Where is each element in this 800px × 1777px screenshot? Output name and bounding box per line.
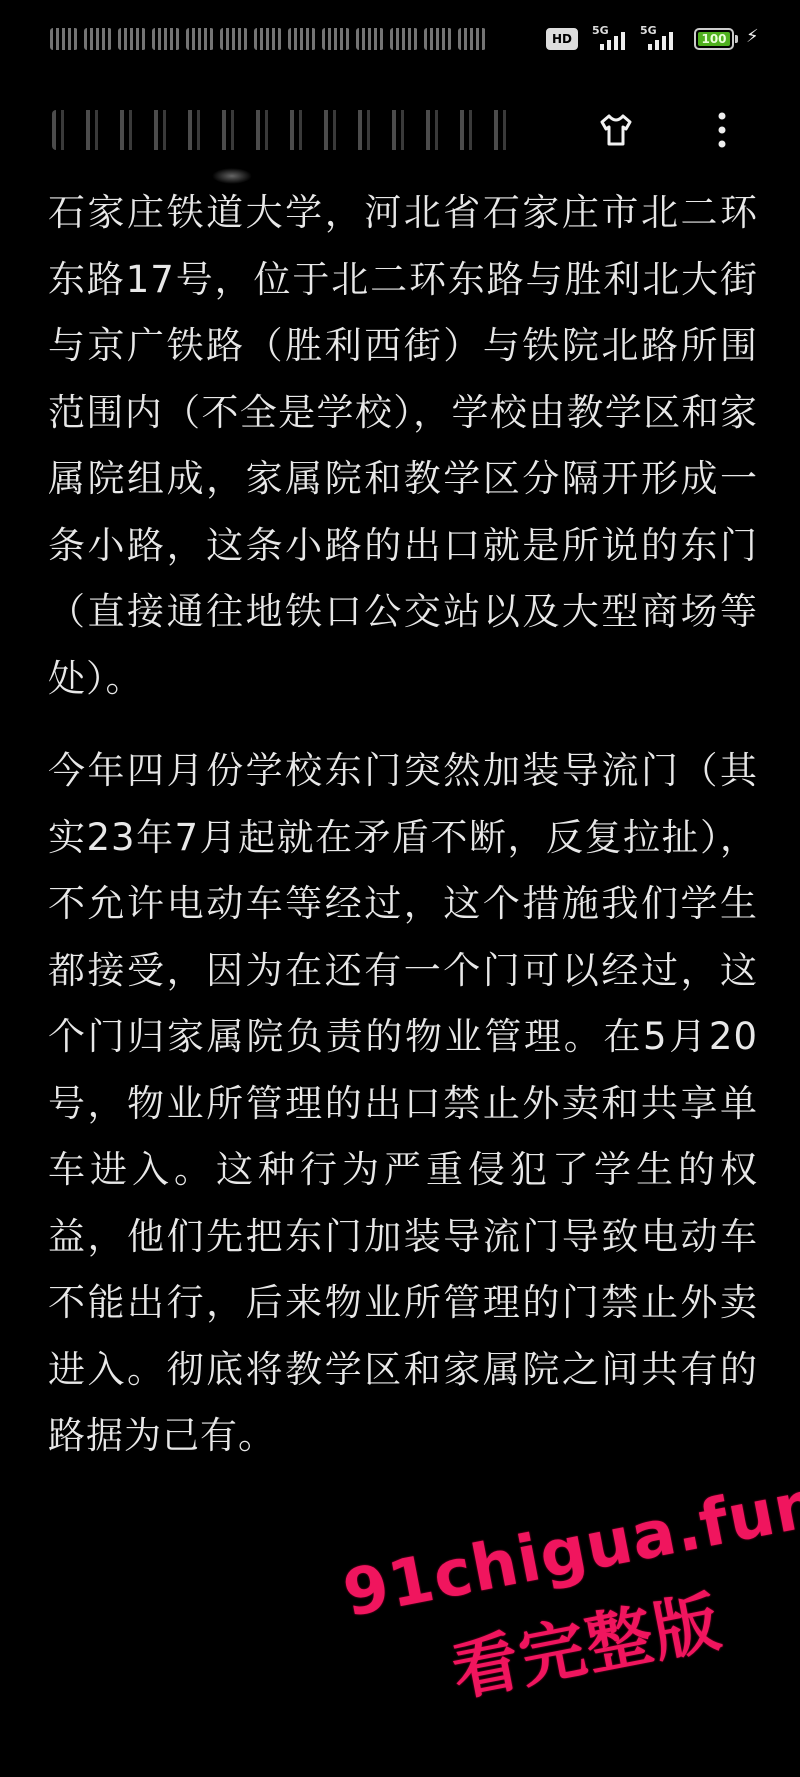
app-bar	[0, 90, 800, 160]
notification-icon	[288, 28, 316, 50]
notification-icon	[152, 28, 180, 50]
battery-level: 100	[698, 32, 730, 46]
paragraph: 石家庄铁道大学，河北省石家庄市北二环东路17号，位于北二环东路与胜利北大街与京广…	[48, 180, 758, 712]
tshirt-icon	[597, 111, 635, 149]
status-bar: HD 5G 5G 100 ⚡	[0, 0, 800, 80]
notification-icon	[458, 28, 486, 50]
more-options-button[interactable]	[700, 108, 744, 152]
notification-icon	[50, 28, 78, 50]
more-vert-icon	[716, 110, 728, 150]
cellular-signal-icon: 5G	[592, 24, 642, 52]
notification-icon	[424, 28, 452, 50]
battery-icon: 100	[694, 28, 734, 50]
notification-icon	[390, 28, 418, 50]
page-title-obscured	[52, 110, 522, 150]
hd-voice-icon: HD	[546, 28, 578, 50]
notification-icon	[84, 28, 112, 50]
notification-icon	[118, 28, 146, 50]
charging-icon: ⚡	[746, 26, 759, 47]
notification-icons	[50, 26, 486, 52]
notification-icon	[254, 28, 282, 50]
notification-icon	[322, 28, 350, 50]
theme-button[interactable]	[594, 108, 638, 152]
notification-icon	[356, 28, 384, 50]
notification-icon	[220, 28, 248, 50]
notification-icon	[186, 28, 214, 50]
battery-tip	[735, 35, 738, 43]
article-body: 石家庄铁道大学，河北省石家庄市北二环东路17号，位于北二环东路与胜利北大街与京广…	[48, 180, 758, 1496]
paragraph: 今年四月份学校东门突然加装导流门（其实23年7月起就在矛盾不断，反复拉扯），不允…	[48, 738, 758, 1470]
cellular-signal-icon: 5G	[640, 24, 690, 52]
